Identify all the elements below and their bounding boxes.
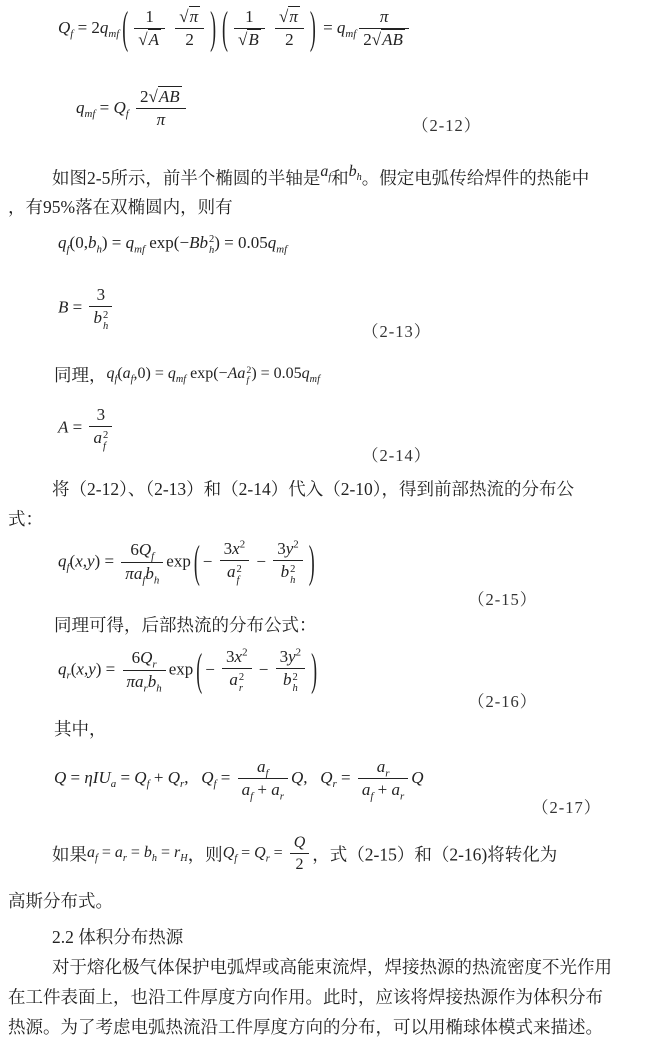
equation-number-2-14: （2-14） bbox=[362, 442, 431, 466]
line-qizhong: 其中， bbox=[54, 716, 107, 743]
section-heading-2-2: 2.2 体积分布热源 bbox=[52, 924, 183, 951]
text-run: 对于熔化极气体保护电弧焊或高能束流焊，焊接热源的热流密度不光作用 bbox=[52, 957, 612, 977]
text-run: 如果 bbox=[52, 845, 87, 865]
equation-qf-total: Qf = 2qmf(1√A √π2)(1√B √π2) = qmfπ2√AB bbox=[58, 6, 412, 52]
paragraph-gauss-line1: 如果af = ar = bh = rH，则Qf = Qr = Q2，式（2-15… bbox=[8, 832, 557, 875]
text-run: 将（2-12）、（2-13）和（2-14）代入（2-10），得到前部热流的分布公 bbox=[52, 479, 574, 499]
paragraph-ellipse-line2: ，有95%落在双椭圆内，则有 bbox=[8, 194, 233, 221]
document-page: Qf = 2qmf(1√A √π2)(1√B √π2) = qmfπ2√AB q… bbox=[0, 0, 652, 1047]
inline-math-condition: af = ar = bh = rH bbox=[87, 839, 188, 866]
equation-number-2-16: （2-16） bbox=[468, 688, 537, 712]
text-run: 同理， bbox=[54, 365, 107, 385]
inline-math-bh: bh bbox=[349, 158, 362, 185]
text-run: 。假定电弧传给焊件的热能中 bbox=[362, 168, 590, 188]
inline-math-af: af bbox=[320, 158, 331, 185]
inline-math-q-half: Qf = Qr = Q2 bbox=[223, 832, 313, 875]
text-run: 和 bbox=[331, 168, 349, 188]
line-tongli: 同理，qf(af,0) = qmf exp(−Aa2f) = 0.05qmf bbox=[54, 360, 320, 389]
equation-number-2-15: （2-15） bbox=[468, 586, 537, 610]
equation-number-2-17: （2-17） bbox=[532, 794, 601, 818]
paragraph-volume-line1: 对于熔化极气体保护电弧焊或高能束流焊，焊接热源的热流密度不光作用 bbox=[8, 954, 612, 981]
paragraph-substitute-line2: 式： bbox=[8, 506, 43, 533]
paragraph-ellipse-line1: 如图2-5所示，前半个椭圆的半轴是af和bh。假定电弧传给焊件的热能中 bbox=[8, 158, 589, 192]
equation-number-2-13: （2-13） bbox=[362, 318, 431, 342]
paragraph-volume-line2: 在工件表面上，也沿工件厚度方向作用。此时，应该将焊接热源作为体积分布 bbox=[8, 984, 603, 1011]
equation-2-16: qr(x,y) = 6Qrπarbhexp(− 3x2a2r − 3y2b2h) bbox=[58, 646, 320, 695]
paragraph-gauss-line2: 高斯分布式。 bbox=[8, 888, 113, 915]
inline-math-qfa: qf(af,0) = qmf exp(−Aa2f) = 0.05qmf bbox=[107, 360, 320, 387]
text-run: ，则 bbox=[188, 845, 223, 865]
text-run: 如图2-5所示，前半个椭圆的半轴是 bbox=[52, 168, 320, 188]
equation-2-12: qmf = Qf 2√ABπ bbox=[76, 86, 189, 132]
line-tongli-kede: 同理可得，后部热流的分布公式： bbox=[54, 612, 317, 639]
equation-2-13: B = 3b2h bbox=[58, 284, 115, 333]
equation-qf-0-bh: qf(0,bh) = qmf exp(−Bb2h) = 0.05qmf bbox=[58, 233, 287, 256]
paragraph-volume-line3: 热源。为了考虑电弧热流沿工件厚度方向的分布，可以用椭球体模式来描述。 bbox=[8, 1014, 603, 1041]
equation-2-14: A = 3a2f bbox=[58, 404, 115, 453]
equation-2-17: Q = ηIUa = Qf + Qr, Qf = afaf + arQ, Qr … bbox=[54, 756, 424, 802]
equation-2-15: qf(x,y) = 6Qfπafbhexp(− 3x2a2f − 3y2b2h) bbox=[58, 538, 318, 587]
equation-number-2-12: （2-12） bbox=[412, 112, 481, 136]
paragraph-substitute-line1: 将（2-12）、（2-13）和（2-14）代入（2-10），得到前部热流的分布公 bbox=[8, 476, 574, 503]
text-run: ，式（2-15）和（2-16)将转化为 bbox=[312, 845, 557, 865]
